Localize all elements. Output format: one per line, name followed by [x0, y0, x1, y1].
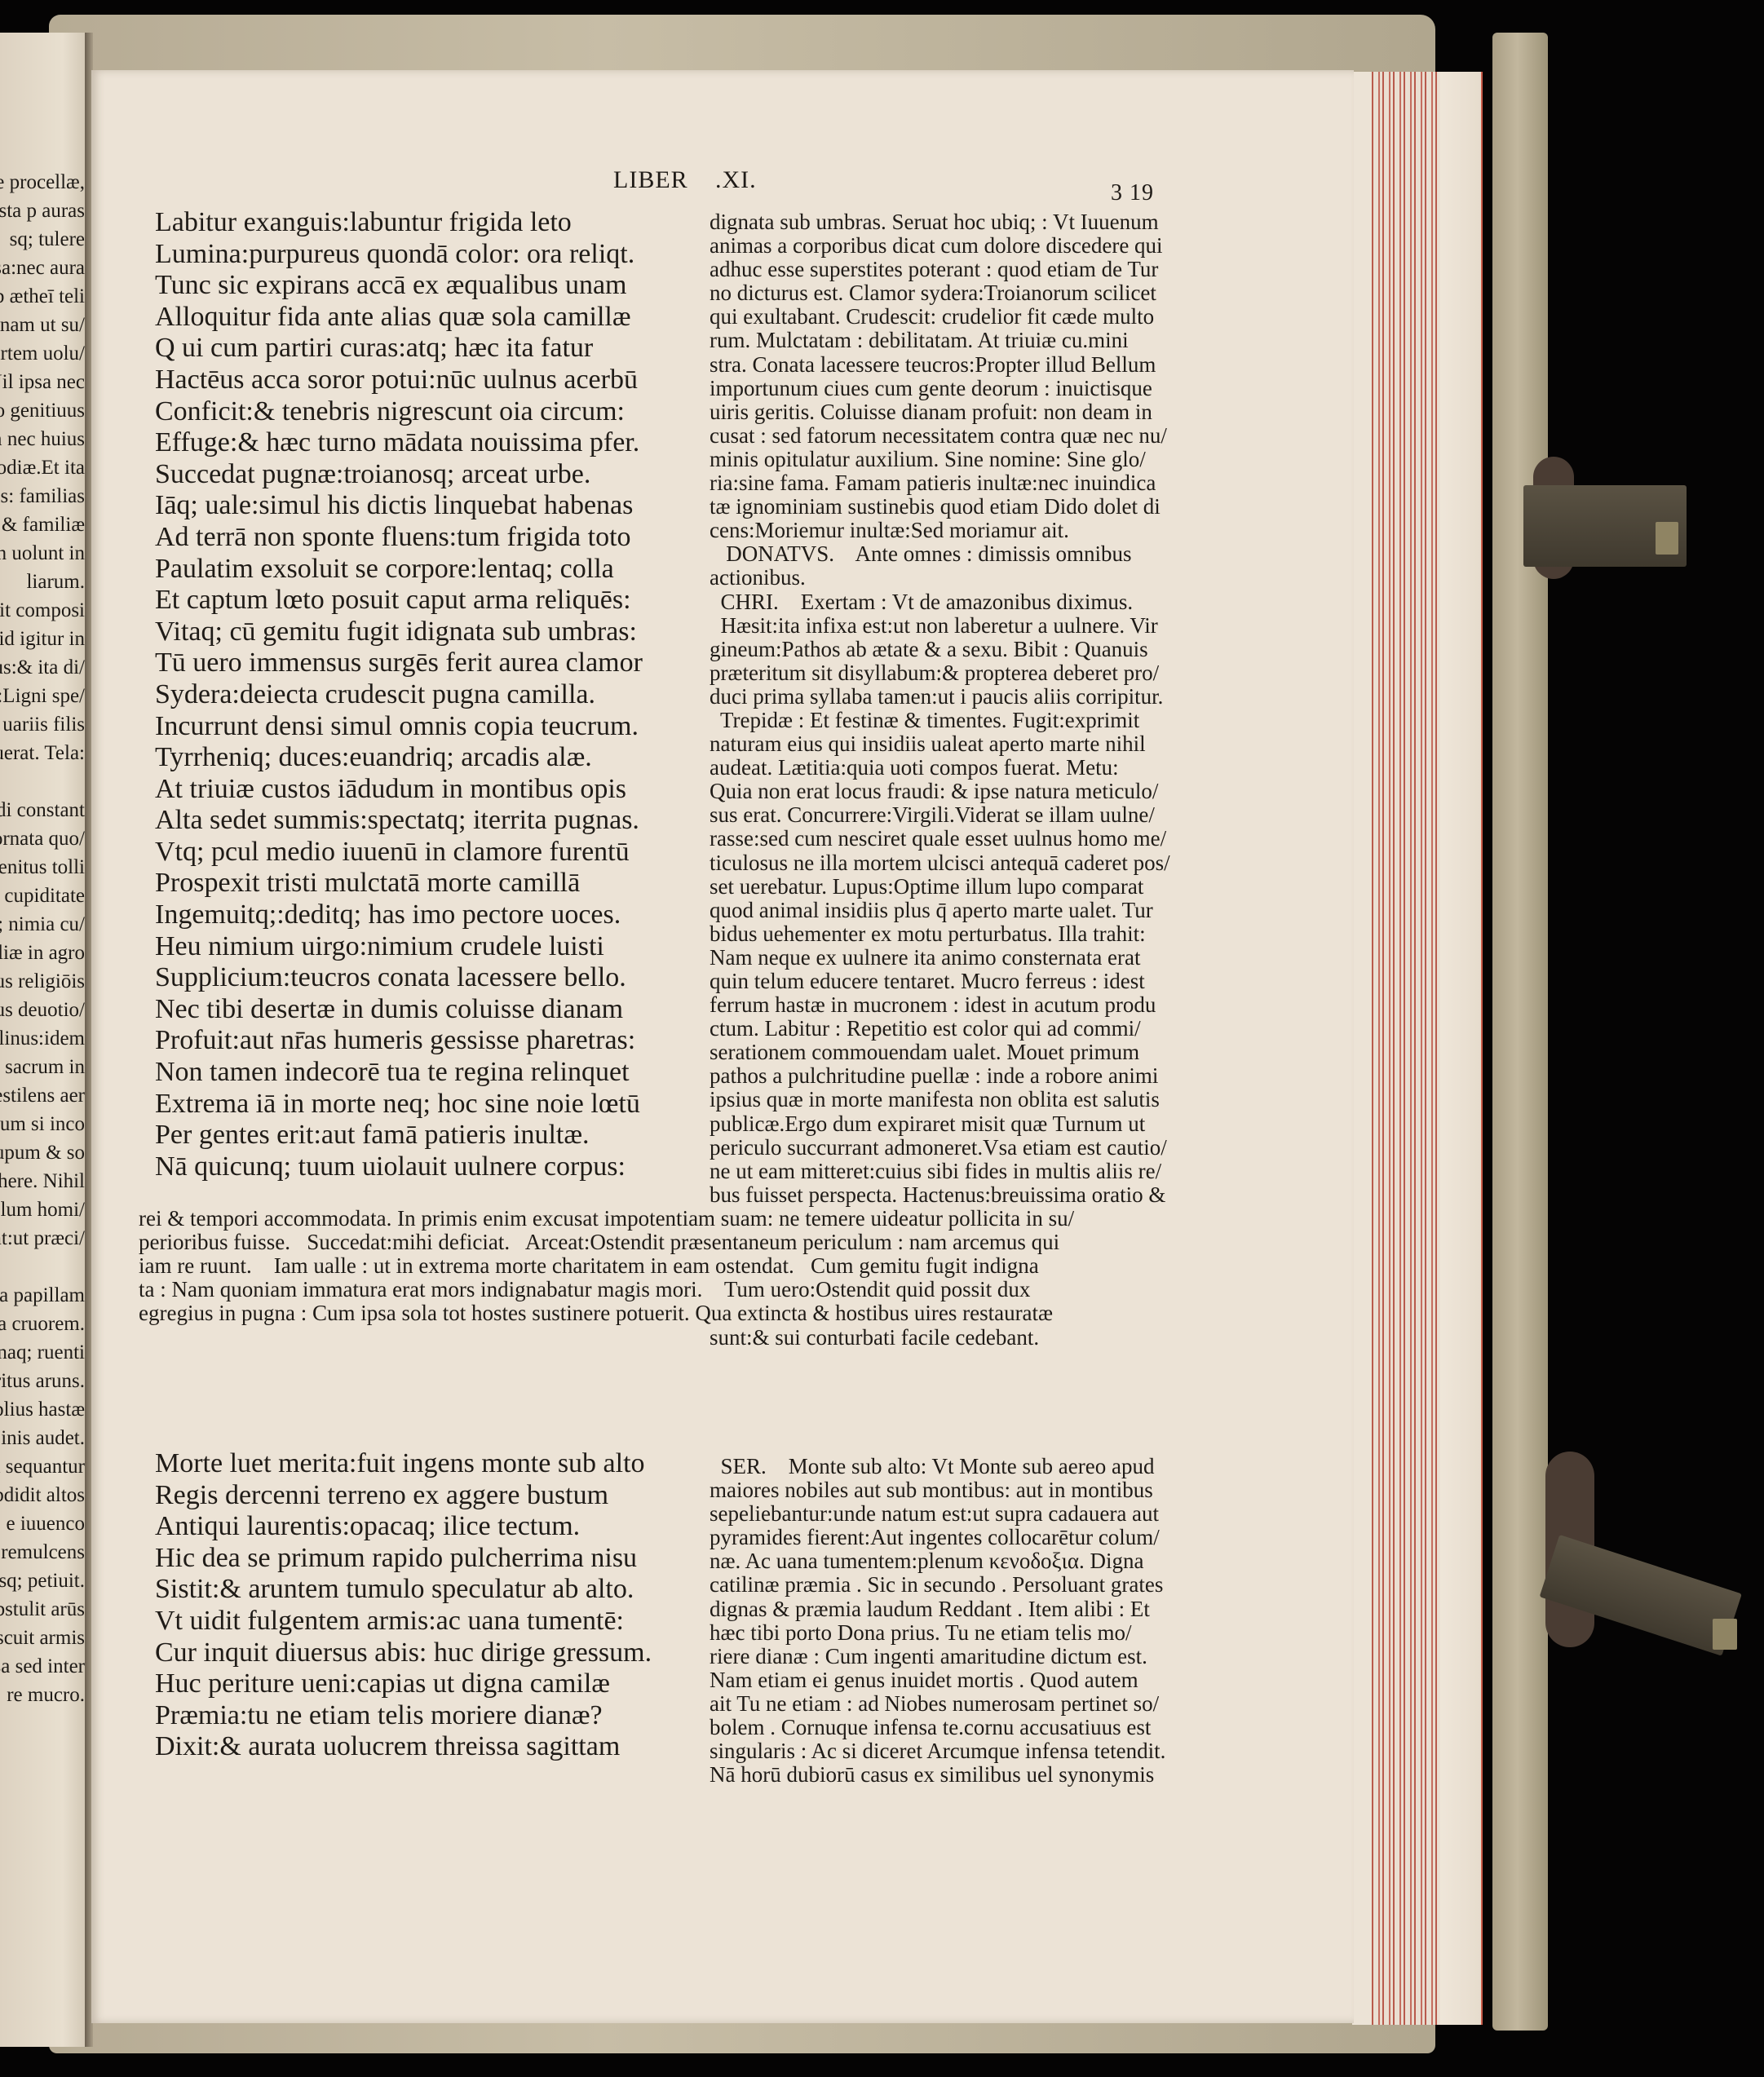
- previous-page-text-fragment: ra & ornata quo/: [0, 828, 85, 851]
- verse-line: Tū uero immensus surgēs ferit aurea clam…: [155, 647, 643, 679]
- verse-line: Cur inquit diuersus abis: huc dirige gre…: [155, 1637, 652, 1669]
- previous-page-text-fragment: a sequantur: [0, 1456, 85, 1478]
- commentary-line: quod animal insidiis plus q̄ aperto mart…: [710, 899, 1170, 922]
- previous-page-text-fragment: onibus religiōis: [0, 970, 85, 993]
- previous-page-text-fragment: nen uolunt in: [0, 542, 85, 565]
- commentary-right-column-1: dignata sub umbras. Seruat hoc ubiq; : V…: [710, 210, 1170, 1207]
- commentary-line: adhuc esse superstites poterant : quod e…: [710, 258, 1170, 281]
- commentary-line: set uerebatur. Lupus:Optime illum lupo c…: [710, 875, 1170, 899]
- commentary-line: importunum ciues cum gente deorum : inui…: [710, 377, 1170, 400]
- previous-page-text-fragment: cunq; nimia cu/: [0, 913, 85, 936]
- commentary-line: egregius in pugna : Cum ipsa sola tot ho…: [139, 1301, 1074, 1325]
- verse-line: Paulatim exsoluit se corpore:lentaq; col…: [155, 554, 643, 586]
- previous-page-text-fragment: oum si inco: [0, 1113, 85, 1136]
- commentary-line: Hæsit:ita infixa est:ut non laberetur a …: [710, 614, 1170, 638]
- commentary-line: Nam etiam ei genus inuidet mortis . Quod…: [710, 1668, 1165, 1692]
- previous-page-text-fragment: cuius deuotio/: [0, 999, 85, 1022]
- commentary-line: præteritum sit disyllabum:& propterea de…: [710, 661, 1170, 685]
- commentary-line: riere dianæ : Cum ingenti amaritudine di…: [710, 1645, 1165, 1668]
- previous-page-text-fragment: g remulcens: [0, 1541, 85, 1564]
- commentary-full-width: rei & tempori accommodata. In primis eni…: [139, 1207, 1074, 1325]
- commentary-line: sepeliebantur:unde natum est:ut supra ca…: [710, 1502, 1165, 1526]
- verse-line: Vitaq; cū gemitu fugit idignata sub umbr…: [155, 616, 643, 648]
- commentary-line: cusat : sed fatorum necessitatem contra …: [710, 424, 1170, 448]
- red-stained-fore-edge: [1352, 72, 1483, 2025]
- commentary-line: periculo succurrant admoneret.Vsa etiam …: [710, 1136, 1170, 1160]
- verse-line: Q ui cum partiri curas:atq; hæc ita fatu…: [155, 333, 643, 365]
- verse-line: Nec tibi desertæ in dumis coluisse diana…: [155, 994, 643, 1026]
- commentary-line: naturam eius qui insidiis ualeat aperto …: [710, 732, 1170, 756]
- previous-page-text-fragment: rritus aruns.: [0, 1370, 85, 1393]
- previous-page-text-fragment: familiæ in agro: [0, 942, 85, 965]
- verse-block-1: Labitur exanguis:labuntur frigida letoLu…: [155, 207, 643, 1182]
- previous-page-text-fragment: nu:Ligni spe/: [0, 685, 85, 708]
- verse-line: Non tamen indecorē tua te regina relinqu…: [155, 1057, 643, 1089]
- verse-line: Hic dea se primum rapido pulcherrima nis…: [155, 1543, 652, 1575]
- commentary-line: publicæ.Ergo dum expiraret misit quæ Tur…: [710, 1112, 1170, 1136]
- previous-page-text-fragment: re mucro.: [7, 1684, 85, 1707]
- commentary-line: rasse:sed cum nesciret quale esset uulnu…: [710, 827, 1170, 851]
- commentary-line: sus erat. Concurrere:Virgili.Viderat se …: [710, 803, 1170, 827]
- commentary-line: bus fuisset perspecta. Hactenus:breuissi…: [710, 1183, 1170, 1207]
- previous-page-text-fragment: quid igitur in: [0, 628, 85, 651]
- previous-page-text-fragment: s ab ætheī teli: [0, 285, 85, 308]
- commentary-line: dignata sub umbras. Seruat hoc ubiq; : V…: [710, 210, 1170, 234]
- commentary-tail: sunt:& sui conturbati facile cedebant.: [710, 1326, 1039, 1350]
- running-head-book-number: .XI.: [715, 166, 757, 194]
- previous-page-text-fragment: s fuerat. Tela:: [0, 742, 85, 765]
- previous-page-text-fragment: ris. Nil ipsa nec: [0, 371, 85, 394]
- verse-line: Sydera:deiecta crudescit pugna camilla.: [155, 679, 643, 711]
- commentary-line: serationem commouendam ualet. Mouet prim…: [710, 1041, 1170, 1064]
- verse-line: Regis dercenni terreno ex aggere bustum: [155, 1480, 652, 1512]
- commentary-line: ipsius quæ in morte manifesta non oblita…: [710, 1088, 1170, 1111]
- commentary-line: Trepidæ : Et festinæ & timentes. Fugit:e…: [710, 709, 1170, 732]
- previous-page-text-fragment: ninaq; ruenti: [0, 1341, 85, 1364]
- commentary-line: ne ut eam mitteret:cuius sibi fides in m…: [710, 1160, 1170, 1183]
- previous-page-text-fragment: icendi constant: [0, 799, 85, 822]
- verse-line: Profuit:aut nr̄as humeris gessisse phare…: [155, 1025, 643, 1057]
- verse-line: Alloquitur fida ante alias quæ sola cami…: [155, 302, 643, 334]
- verse-line: Dixit:& aurata uolucrem threissa sagitta…: [155, 1731, 652, 1763]
- verse-line: Sistit:& aruntem tumulo speculatur ab al…: [155, 1574, 652, 1606]
- commentary-line: DONATVS. Ante omnes : dimissis omnibus: [710, 542, 1170, 566]
- previous-page-sliver: tere procellæ,it asta p aurassq; tuleres…: [0, 33, 90, 2047]
- verse-line: Vtq; pcul medio iuuenū in clamore furent…: [155, 837, 643, 868]
- commentary-line: uiris geritis. Coluisse dianam profuit: …: [710, 400, 1170, 424]
- commentary-line: singularis : Ac si diceret Arcumque infe…: [710, 1739, 1165, 1763]
- verse-line: Extrema iā in morte neq; hoc sine noie l…: [155, 1089, 643, 1120]
- commentary-right-column-2: SER. Monte sub alto: Vt Monte sub aereo …: [710, 1455, 1165, 1787]
- commentary-line: ctum. Labitur : Repetitio est color qui …: [710, 1017, 1170, 1041]
- verse-line: Effuge:& hæc turno mādata nouissima pfer…: [155, 427, 643, 459]
- commentary-line: bidus uehementer ex motu perturbatus. Il…: [710, 922, 1170, 946]
- verse-line: Nā quicunq; tuum uiolauit uulnere corpus…: [155, 1151, 643, 1183]
- previous-page-text-fragment: ibus:& ita di/: [0, 656, 85, 679]
- previous-page-text-fragment: sa:nec aura: [0, 257, 85, 280]
- commentary-line: catilinæ præmia . Sic in secundo . Perso…: [710, 1573, 1165, 1597]
- commentary-line: no dicturus est. Clamor sydera:Troianoru…: [710, 281, 1170, 305]
- previous-page-text-fragment: :nam nec huius: [0, 428, 85, 451]
- commentary-line: Quia non erat locus fraudi: & ipse natur…: [710, 780, 1170, 803]
- verse-line: Tunc sic expirans accā ex æqualibus unam: [155, 270, 643, 302]
- commentary-line: perioribus fuisse. Succedat:mihi deficia…: [139, 1231, 1074, 1254]
- previous-page-text-fragment: o & uariis filis: [0, 714, 85, 736]
- commentary-line: rum. Mulctatam : debilitatam. At triuiæ …: [710, 329, 1170, 352]
- commentary-line: ria:sine fama. Famam patieris inultæ:nec…: [710, 471, 1170, 495]
- previous-page-text-fragment: mplius hastæ: [0, 1399, 85, 1421]
- commentary-line: ta : Nam quoniam immatura erat mors indi…: [139, 1278, 1074, 1301]
- previous-page-text-fragment: miscuit armis: [0, 1627, 85, 1650]
- commentary-line: audeat. Lætitia:quia uoti compos fuerat.…: [710, 756, 1170, 780]
- verse-line: Succedat pugnæ:troianosq; arceat urbe.: [155, 459, 643, 491]
- commentary-line: ticulosus ne illa mortem ulcisci antequā…: [710, 851, 1170, 875]
- verse-line: Incurrunt densi simul omnis copia teucru…: [155, 711, 643, 743]
- previous-page-text-fragment: pprie:nam ut su/: [0, 314, 85, 337]
- previous-page-text-fragment: lit partem uolu/: [0, 342, 85, 365]
- previous-page-text-fragment: ossa sed inter: [0, 1655, 85, 1678]
- commentary-line: hæc tibi porto Dona prius. Tu ne etiam t…: [710, 1621, 1165, 1645]
- commentary-line: ferrum hastæ in mucronem : idest in acut…: [710, 993, 1170, 1017]
- verse-line: Ingemuitq;:deditq; has imo pectore uoces…: [155, 899, 643, 931]
- commentary-line: cens:Moriemur inultæ:Sed moriamur ait.: [710, 519, 1170, 542]
- previous-page-text-fragment: plum homi/: [0, 1199, 85, 1222]
- verse-line: Alta sedet summis:spectatq; iterrita pug…: [155, 805, 643, 837]
- verse-line: Hactēus acca soror potui:nūc uulnus acer…: [155, 365, 643, 396]
- verse-line: Prospexit tristi mulctatā morte camillā: [155, 868, 643, 899]
- previous-page-text-fragment: ahere. Nihil: [0, 1170, 85, 1193]
- previous-page-text-fragment: imia cupiditate: [0, 885, 85, 908]
- verse-line: Huc periture ueni:capias ut digna camilæ: [155, 1668, 652, 1700]
- commentary-line: pathos a pulchritudine puellæ : inde a r…: [710, 1064, 1170, 1088]
- book-page: LIBER .XI. 3 19 Labitur exanguis:labuntu…: [91, 70, 1354, 2023]
- previous-page-text-fragment: a papillam: [0, 1284, 85, 1307]
- commentary-line: actionibus.: [710, 566, 1170, 590]
- verse-line: Heu nimium uirgo:nimium crudele luisti: [155, 931, 643, 963]
- commentary-line: SER. Monte sub alto: Vt Monte sub aereo …: [710, 1455, 1165, 1478]
- verse-line: Ad terrā non sponte fluens:tum frigida t…: [155, 522, 643, 554]
- commentary-line: Nam neque ex uulnere ita animo consterna…: [710, 946, 1170, 970]
- clasp-bottom-tip: [1713, 1619, 1737, 1650]
- verse-line: Per gentes erit:aut famā patieris inultæ…: [155, 1120, 643, 1151]
- previous-page-text-fragment: it asta p auras: [0, 200, 85, 223]
- binding-edge: [1492, 33, 1548, 2031]
- commentary-line: bolem . Cornuque infensa te.cornu accusa…: [710, 1716, 1165, 1739]
- commentary-line: CHRI. Exertam : Vt de amazonibus diximus…: [710, 590, 1170, 614]
- commentary-line: tæ ignominiam sustinebis quod etiam Dido…: [710, 495, 1170, 519]
- previous-page-text-fragment: lupum & so: [0, 1142, 85, 1164]
- verse-line: Morte luet merita:fuit ingens monte sub …: [155, 1448, 652, 1480]
- commentary-line: quin telum educere tentaret. Mucro ferre…: [710, 970, 1170, 993]
- previous-page-text-fragment: custodiæ.Et ita: [0, 457, 85, 479]
- folio-number: 3 19: [1111, 180, 1154, 206]
- previous-page-text-fragment: lant:ut præci/: [0, 1227, 85, 1250]
- verse-line: Et captum lœto posuit caput arma reliquē…: [155, 585, 643, 616]
- commentary-line: duci prima syllaba tamen:ut i paucis ali…: [710, 685, 1170, 709]
- previous-page-text-fragment: pestilens aer: [0, 1085, 85, 1107]
- previous-page-text-fragment: sq; tulere: [10, 228, 85, 251]
- commentary-line: næ. Ac uana tumentem:plenum κενοδοξια. D…: [710, 1549, 1165, 1573]
- commentary-line: maiores nobiles aut sub montibus: aut in…: [710, 1478, 1165, 1502]
- previous-page-text-fragment: tio & familiæ: [0, 514, 85, 537]
- verse-block-2: Morte luet merita:fuit ingens monte sub …: [155, 1448, 652, 1763]
- verse-line: Lumina:purpureus quondā color: ora reliq…: [155, 239, 643, 271]
- verse-line: Antiqui laurentis:opacaq; ilice tectum.: [155, 1511, 652, 1543]
- previous-page-text-fragment: tere procellæ,: [0, 171, 85, 194]
- previous-page-text-fragment: abdidit altos: [0, 1484, 85, 1507]
- commentary-line: qui exultabant. Crudescit: crudelior fit…: [710, 305, 1170, 329]
- previous-page-text-fragment: nti sacrum in: [0, 1056, 85, 1079]
- previous-page-text-fragment: acit composi: [0, 599, 85, 622]
- previous-page-text-fragment: s abstulit arūs: [0, 1598, 85, 1621]
- previous-page-text-fragment: imus: familias: [0, 485, 85, 508]
- verse-line: Iāq; uale:simul his dictis linquebat hab…: [155, 490, 643, 522]
- commentary-line: animas a corporibus dicat cum dolore dis…: [710, 234, 1170, 258]
- running-head-liber: LIBER: [613, 166, 688, 194]
- verse-line: Vt uidit fulgentem armis:ac uana tumentē…: [155, 1606, 652, 1637]
- commentary-line: Nā horū dubiorū casus ex similibus uel s…: [710, 1763, 1165, 1787]
- verse-line: Labitur exanguis:labuntur frigida leto: [155, 207, 643, 239]
- commentary-line: dignas & præmia laudum Reddant . Item al…: [710, 1598, 1165, 1621]
- clasp-top-tip: [1656, 522, 1678, 555]
- previous-page-text-fragment: e iuuenco: [7, 1513, 85, 1536]
- previous-page-text-fragment: liarum.: [26, 571, 85, 594]
- previous-page-text-fragment: sq; petiuit.: [0, 1570, 85, 1593]
- verse-line: Supplicium:teucros conata lacessere bell…: [155, 962, 643, 994]
- commentary-line: pyramides fierent:Aut ingentes collocarē…: [710, 1526, 1165, 1549]
- previous-page-text-fragment: Solinus:idem: [0, 1027, 85, 1050]
- commentary-line: gineum:Pathos ab ætate & a sexu. Bibit :…: [710, 638, 1170, 661]
- commentary-line: minis opitulatur auxilium. Sine nomine: …: [710, 448, 1170, 471]
- verse-line: Conficit:& tenebris nigrescunt oia circu…: [155, 396, 643, 428]
- previous-page-text-fragment: alia penitus tolli: [0, 856, 85, 879]
- verse-line: Tyrrheniq; duces:euandriq; arcadis alæ.: [155, 742, 643, 774]
- commentary-line: stra. Conata lacessere teucros:Propter i…: [710, 353, 1170, 377]
- previous-page-text-fragment: græco genitiuus: [0, 400, 85, 422]
- commentary-line: ait Tu ne etiam : ad Niobes numerosam pe…: [710, 1692, 1165, 1716]
- verse-line: Præmia:tu ne etiam telis moriere dianæ?: [155, 1700, 652, 1732]
- verse-line: At triuiæ custos iādudum in montibus opi…: [155, 774, 643, 806]
- commentary-line: rei & tempori accommodata. In primis eni…: [139, 1207, 1074, 1231]
- previous-page-text-fragment: inis audet.: [1, 1427, 85, 1450]
- previous-page-text-fragment: ta cruorem.: [0, 1313, 85, 1336]
- commentary-line: iam re ruunt. Iam ualle : ut in extrema …: [139, 1254, 1074, 1278]
